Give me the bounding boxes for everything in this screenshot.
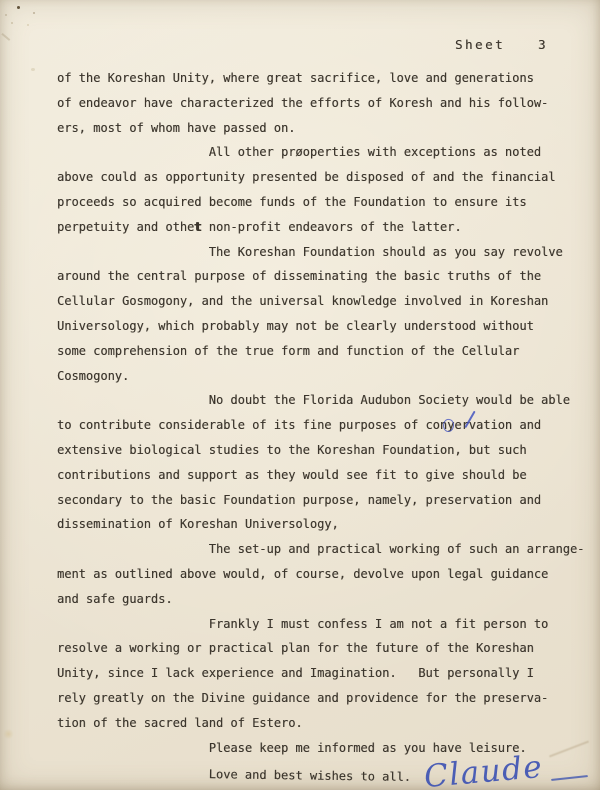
typed-line: of the Koreshan Unity, where great sacri… [57, 66, 600, 91]
typed-line: of endeavor have characterized the effor… [57, 91, 600, 116]
typed-line: extensive biological studies to the Kore… [57, 438, 600, 463]
typed-line: Cosmogony. [57, 364, 600, 389]
typed-line: Frankly I must confess I am not a fit pe… [57, 612, 600, 637]
typed-line: No doubt the Florida Audubon Society wou… [57, 388, 600, 413]
paper-speck [31, 68, 35, 71]
paper-stain [3, 729, 14, 739]
pencil-mark [2, 33, 11, 41]
typed-line: Universology, which probably may not be … [57, 314, 600, 339]
typed-line: All other prøoperties with exceptions as… [57, 140, 600, 165]
paper-speck [17, 6, 20, 9]
paper-speck [33, 12, 35, 14]
typed-line: contributions and support as they would … [57, 463, 600, 488]
typed-line: Unity, since I lack experience and Imagi… [57, 661, 600, 686]
typed-line: ers, most of whom have passed on. [57, 116, 600, 141]
typed-line: and safe guards. [57, 587, 600, 612]
typed-line: proceeds so acquired become funds of the… [57, 190, 600, 215]
typed-line: ment as outlined above would, of course,… [57, 562, 600, 587]
typed-line: dissemination of Koreshan Universology, [57, 512, 600, 537]
typed-line: around the central purpose of disseminat… [57, 264, 600, 289]
letter-page: Sheet 3 of the Koreshan Unity, where gre… [0, 0, 600, 790]
typed-segment: non-profit endeavors of the latter. [202, 220, 462, 234]
typed-segment: perpetuity and othe [57, 220, 194, 234]
typed-line: to contribute considerable of its fine p… [57, 413, 600, 438]
typed-line: rely greatly on the Divine guidance and … [57, 686, 600, 711]
paper-speck [5, 14, 7, 16]
overstruck-character: t [194, 220, 201, 234]
typed-line: secondary to the basic Foundation purpos… [57, 488, 600, 513]
paper-speck [27, 24, 29, 26]
typed-line: perpetuity and othet non-profit endeavor… [57, 215, 600, 240]
sheet-label: Sheet [455, 37, 505, 52]
typed-line: some comprehension of the true form and … [57, 339, 600, 364]
sheet-number: 3 [538, 37, 546, 52]
typed-line: Cellular Gosmogony, and the universal kn… [57, 289, 600, 314]
typed-line: The set-up and practical working of such… [57, 537, 600, 562]
typed-line: resolve a working or practical plan for … [57, 636, 600, 661]
typed-line: tion of the sacred land of Estero. [57, 711, 600, 736]
paper-speck [11, 22, 13, 24]
letter-body: of the Koreshan Unity, where great sacri… [57, 66, 600, 785]
typed-line: above could as opportunity presented be … [57, 165, 600, 190]
typed-line: The Koreshan Foundation should as you sa… [57, 240, 600, 265]
